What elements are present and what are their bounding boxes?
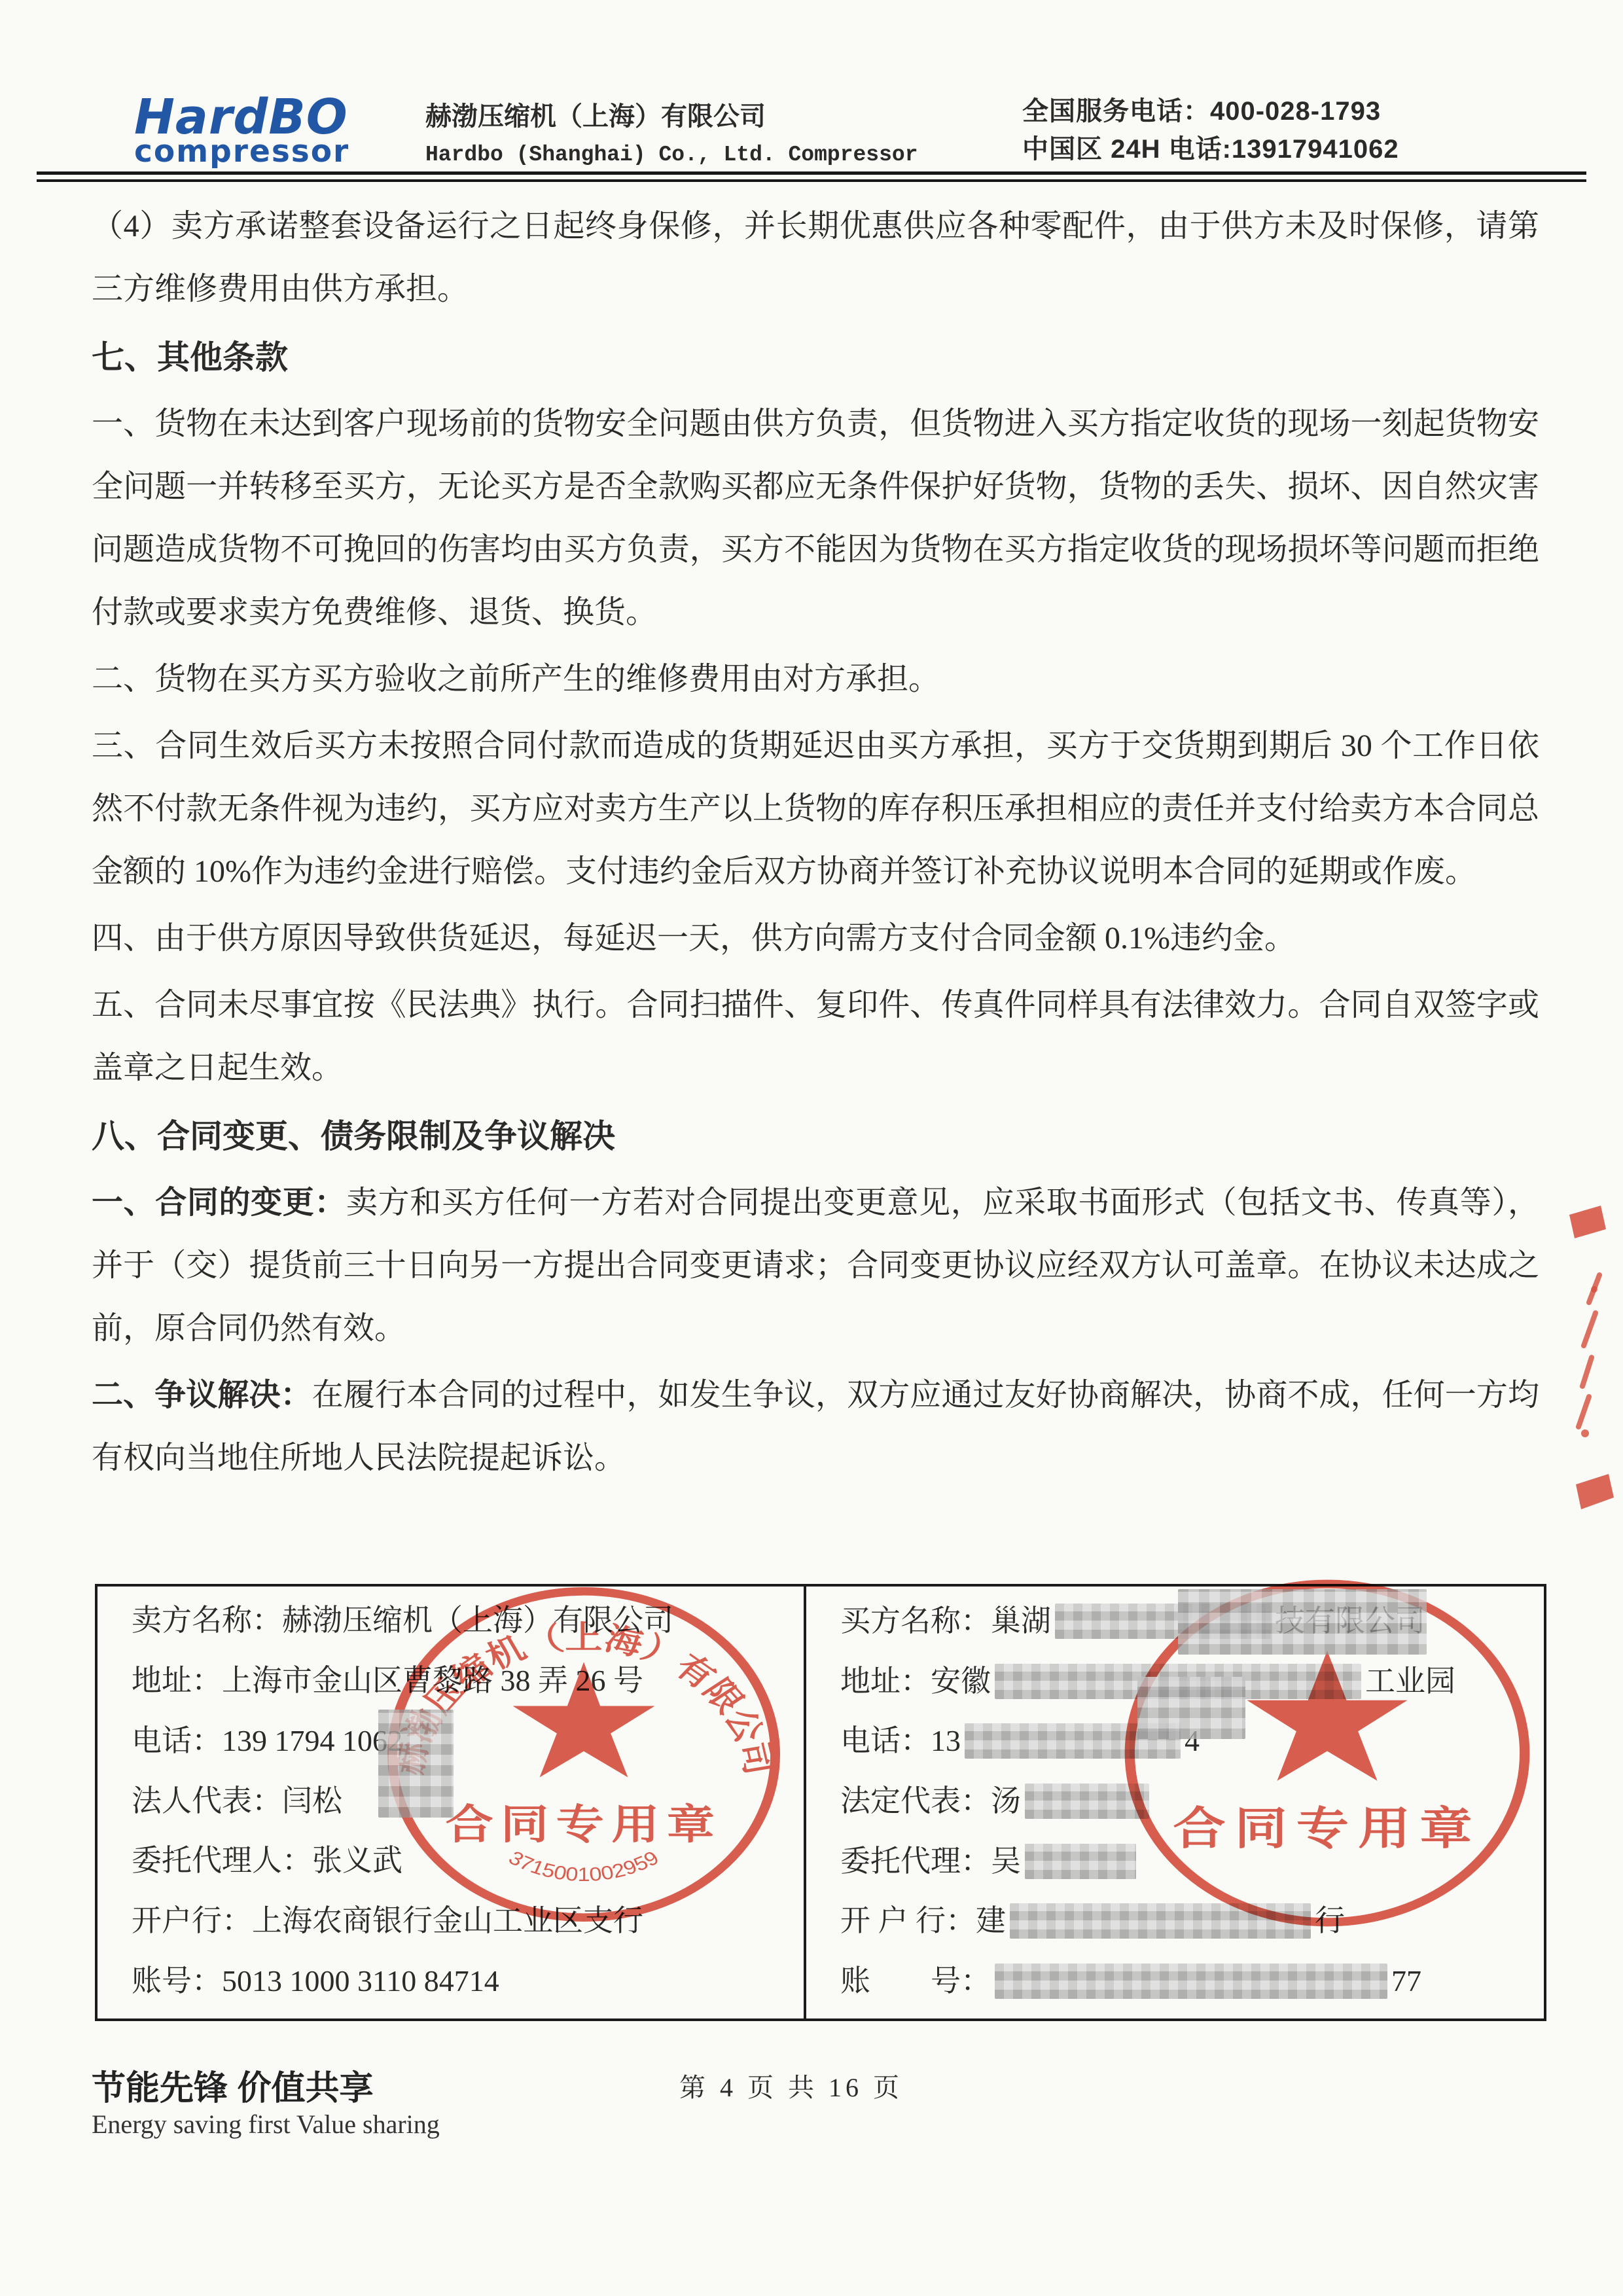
footer-slogan-en: Energy saving first Value sharing [92,2109,440,2140]
company-name-block: 赫渤压缩机（上海）有限公司 Hardbo (Shanghai) Co., Ltd… [425,103,918,166]
seal-star-icon [1247,1651,1407,1781]
seal-serial-number: 3715001002959 [505,1846,663,1885]
contract-page: HardBO compressor 赫渤压缩机（上海）有限公司 Hardbo (… [0,0,1623,2296]
redaction-patch [1137,1677,1245,1739]
footer-slogan-cn: 节能先锋 价值共享 [92,2060,373,2109]
header-divider [37,171,1586,182]
hotline-block: 全国服务电话：400-028-1793 中国区 24H 电话:139179410… [1022,98,1399,174]
clause-7-4: 四、由于供方原因导致供货延迟，每延迟一天，供方向需方支付合同金额 0.1%违约金… [92,907,1539,970]
logo-subtitle: compressor [134,136,349,167]
company-name-en: Hardbo (Shanghai) Co., Ltd. Compressor [425,144,918,166]
page-number-indicator: 第 4 页 共 16 页 [679,2067,903,2104]
company-logo: HardBO compressor [134,93,349,167]
clause-7-1: 一、货物在未达到客户现场前的货物安全问题由供方负责，但货物进入买方指定收货的现场… [92,393,1539,644]
clause-warranty: （4）卖方承诺整套设备运行之日起终身保修，并长期优惠供应各种零配件，由于供方未及… [92,195,1539,321]
seal-center-text: 合同专用章 [1173,1804,1481,1854]
clause-7-5: 五、合同未尽事宜按《民法典》执行。合同扫描件、复印件、传真件同样具有法律效力。合… [92,974,1539,1100]
clause-8-2: 二、争议解决：在履行本合同的过程中，如发生争议，双方应通过友好协商解决，协商不成… [92,1364,1539,1490]
section7-title: 七、其他条款 [92,326,1539,389]
contract-body: （4）卖方承诺整套设备运行之日起终身保修，并长期优惠供应各种零配件，由于供方未及… [92,195,1539,1494]
buyer-account-row: 账 号：77 [840,1964,1532,1999]
hotline-national: 全国服务电话：400-028-1793 [1022,98,1399,124]
redaction-patch [378,1710,454,1818]
section8-title: 八、合同变更、债务限制及争议解决 [92,1105,1539,1168]
clause-7-2: 二、货物在买方买方验收之前所产生的维修费用由对方承担。 [92,648,1539,711]
redaction-patch [1178,1589,1427,1655]
svg-text:3715001002959: 3715001002959 [505,1846,663,1885]
clause-7-3: 三、合同生效后买方未按照合同付款而造成的货期延迟由买方承担，买方于交货期到期后 … [92,715,1539,903]
hotline-24h: 中国区 24H 电话:13917941062 [1022,136,1399,162]
seller-account-row: 账号：5013 1000 3110 84714 [132,1964,792,1999]
seal-star-icon [512,1662,654,1777]
company-name-cn: 赫渤压缩机（上海）有限公司 [425,103,918,130]
seal-center-text: 合同专用章 [446,1802,722,1848]
clause-8-1: 一、合同的变更：卖方和买方任何一方若对合同提出变更意见，应采取书面形式（包括文书… [92,1172,1539,1360]
redaction-block [995,1964,1387,1999]
edge-seal-fragments [1556,1203,1619,1517]
